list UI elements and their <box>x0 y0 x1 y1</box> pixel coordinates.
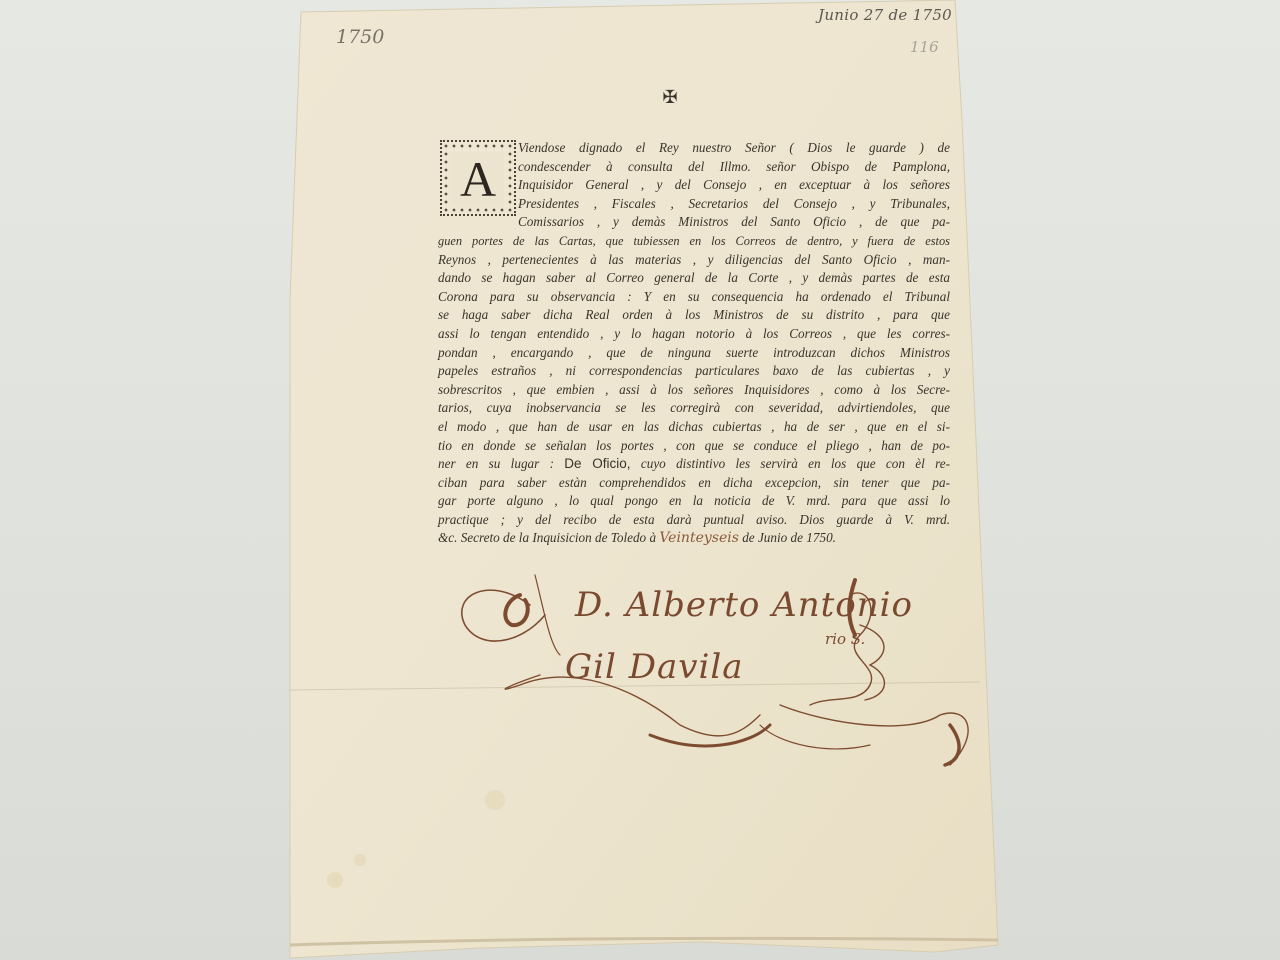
signature-suffix: rio S. <box>825 630 865 648</box>
body-line: tio en donde se señalan los portes , con… <box>438 437 950 456</box>
body-line: condescender à consulta del Illmo. señor… <box>438 158 950 177</box>
body-line: sobrescritos , que embien , assi à los s… <box>438 381 950 400</box>
body-line: pondan , encargando , que de ninguna sue… <box>438 344 950 363</box>
body-line: Corona para su observancia : Y en su con… <box>438 288 950 307</box>
pencil-annotation-date: Junio 27 de 1750 <box>818 6 952 24</box>
body-line: dando se hagan saber al Correo general d… <box>438 269 950 288</box>
pencil-annotation-year: 1750 <box>336 26 384 48</box>
handwritten-day: Veinteyseis <box>659 530 739 546</box>
cross-icon: ✠ <box>660 88 680 108</box>
body-line: Viendose dignado el Rey nuestro Señor ( … <box>438 139 950 158</box>
body-line: el modo , que han de usar en las dichas … <box>438 418 950 437</box>
body-line: tarios, cuya inobservancia se les correg… <box>438 399 950 418</box>
body-line: Reynos , pertenecientes à las materias ,… <box>438 251 950 270</box>
signature-line-1: D. Alberto Antonio <box>575 585 913 625</box>
body-line: assi lo tengan entendido , y lo hagan no… <box>438 325 950 344</box>
body-line-with-upright: ner en su lugar : De Oficio, cuyo distin… <box>438 455 950 474</box>
closing-text: &c. Secreto de la Inquisicion de Toledo … <box>438 530 656 545</box>
closing-date-text: de Junio de 1750. <box>742 530 836 545</box>
folio-number: 116 <box>910 38 939 56</box>
body-line: Comissarios , y demàs Ministros del Sant… <box>438 213 950 232</box>
body-line: papeles estraños , ni correspondencias p… <box>438 362 950 381</box>
de-oficio-mark: De Oficio, <box>564 456 630 471</box>
body-line: Inquisidor General , y del Consejo , en … <box>438 176 950 195</box>
body-line: practique ; y del recibo de esta darà pu… <box>438 511 950 530</box>
document-sheet: 1750 Junio 27 de 1750 116 ✠ A Viendose d… <box>0 0 1280 960</box>
body-line: se haga saber dicha Real orden à los Min… <box>438 306 950 325</box>
body-line: gar porte alguno , lo qual pongo en la n… <box>438 492 950 511</box>
body-line: guen portes de las Cartas, que tubiessen… <box>438 232 950 251</box>
body-text-fragment: cuyo distintivo les servirà en los que c… <box>641 456 950 471</box>
signature-block: D. Alberto Antonio Gil Davila rio S. <box>450 555 990 770</box>
body-line: ciban para saber estàn comprehendidos en… <box>438 474 950 493</box>
body-line: Presidentes , Fiscales , Secretarios del… <box>438 195 950 214</box>
closing-line: &c. Secreto de la Inquisicion de Toledo … <box>438 529 950 548</box>
printed-body-text: Viendose dignado el Rey nuestro Señor ( … <box>438 139 950 548</box>
body-text-fragment: ner en su lugar : <box>438 456 554 471</box>
signature-line-2: Gil Davila <box>565 647 743 687</box>
